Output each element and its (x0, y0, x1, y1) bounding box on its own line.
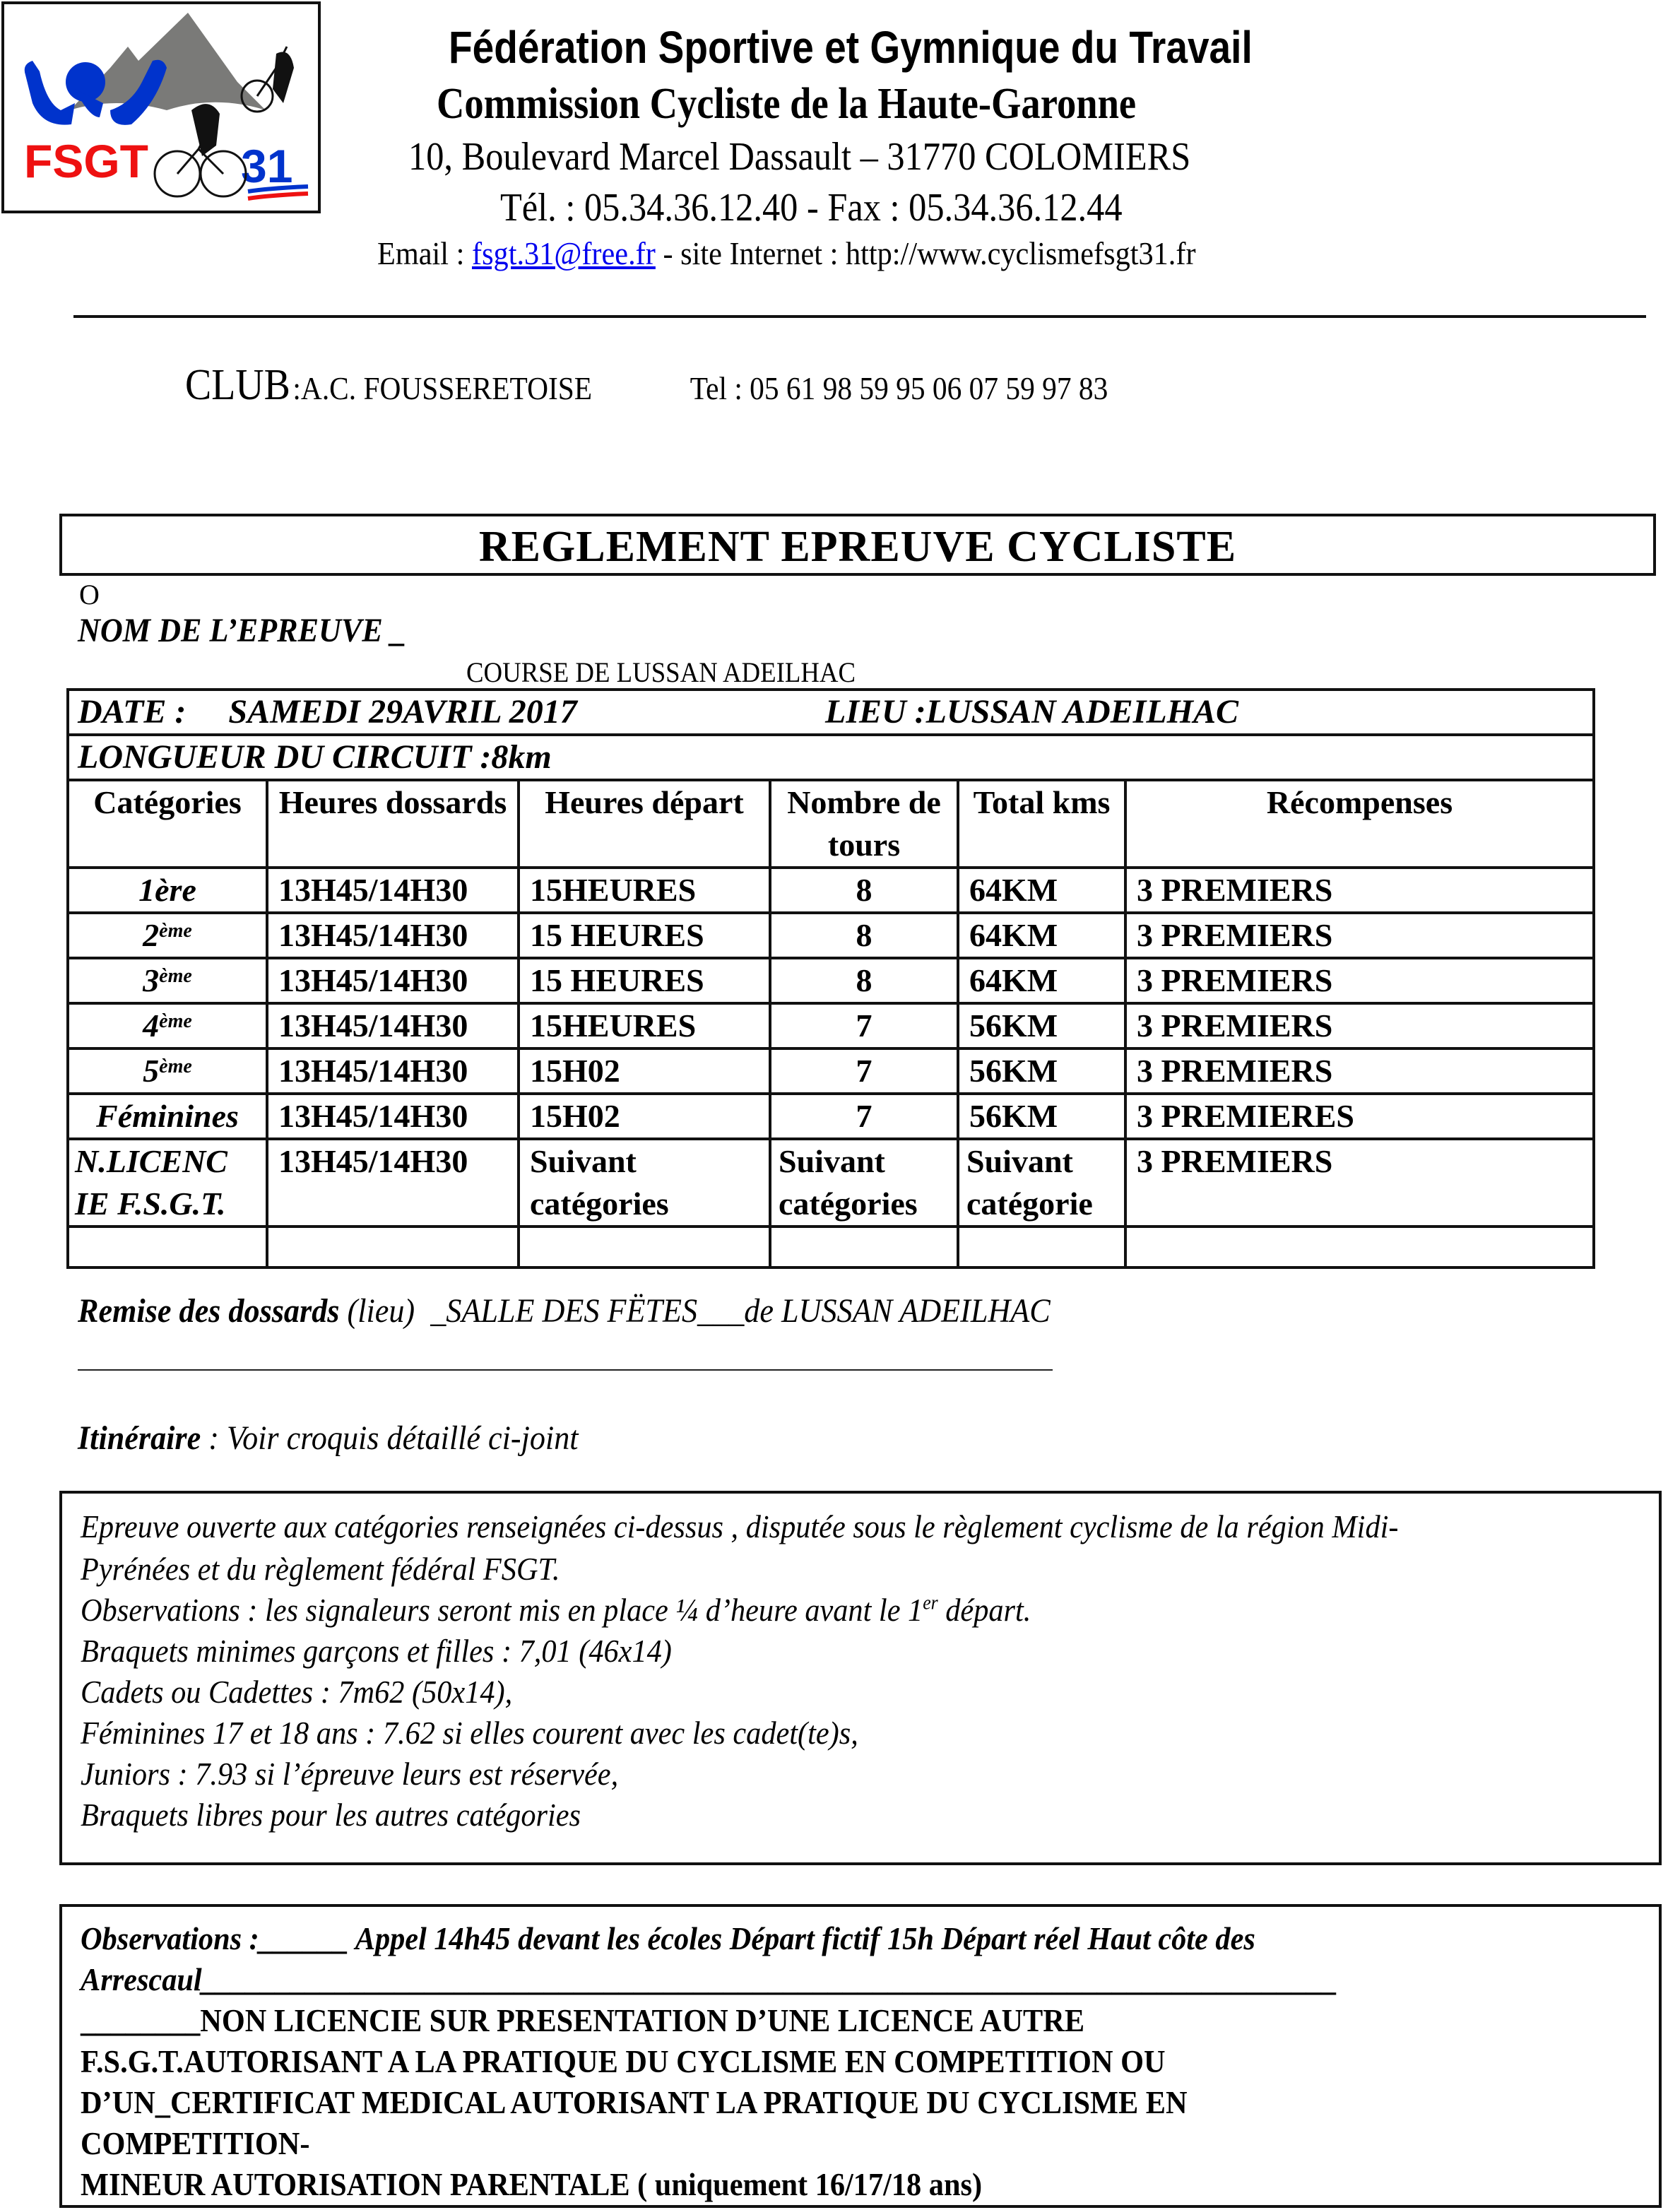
date-label: DATE : SAMEDI 29AVRIL 2017 (78, 693, 577, 731)
rules-line: Braquets libres pour les autres catégori… (81, 1796, 581, 1833)
federation-name: Fédération Sportive et Gymnique du Trava… (449, 21, 1253, 73)
bib-pickup: Remise des dossards (lieu) _SALLE DES FË… (78, 1292, 1051, 1330)
table-row: Féminines13H45/14H3015H02756KM3 PREMIERE… (68, 1094, 1594, 1139)
table-header: Catégories Heures dossards Heures départ… (68, 780, 1594, 868)
o-mark: O (79, 578, 100, 611)
dossards-cell: 13H45/14H30 (267, 958, 519, 1003)
kms-cell: 56KM (958, 1094, 1125, 1139)
observations-line: F.S.G.T.AUTORISANT A LA PRATIQUE DU CYCL… (81, 2043, 1166, 2080)
bib-pickup-label: Remise des dossards (78, 1292, 339, 1330)
observations-line: Observations :______ Appel 14h45 devant … (81, 1920, 1255, 1957)
observations-box: Observations :______ Appel 14h45 devant … (59, 1904, 1662, 2208)
category-cell: 1ère (68, 868, 267, 913)
club-line: CLUB :A.C. FOUSSERETOISE Tel : 05 61 98 … (185, 360, 1108, 410)
circuit-row: LONGUEUR DU CIRCUIT :8km (68, 735, 1594, 780)
email-label: Email : (377, 235, 472, 271)
kms-cell: Suivant catégorie (958, 1139, 1125, 1227)
commission-name: Commission Cycliste de la Haute-Garonne (437, 79, 1136, 129)
depart-cell: 15 HEURES (519, 958, 770, 1003)
col-header-heures-dossards: Heures dossards (267, 780, 519, 868)
dossards-cell: 13H45/14H30 (267, 1003, 519, 1048)
svg-text:31: 31 (241, 140, 292, 192)
observations-line: COMPETITION- (81, 2125, 309, 2162)
bib-pickup-location: (lieu) _SALLE DES FËTES___de LUSSAN ADEI… (339, 1292, 1050, 1330)
kms-cell: 56KM (958, 1048, 1125, 1094)
recompenses-cell: 3 PREMIERS (1125, 1048, 1594, 1094)
rules-line: Observations : les signaleurs seront mis… (81, 1591, 1031, 1629)
tours-cell: 7 (770, 1003, 958, 1048)
header-divider (73, 315, 1646, 318)
tours-cell: Suivant catégories (770, 1139, 958, 1227)
club-label: CLUB (185, 361, 290, 409)
table-row-empty (68, 1227, 1594, 1267)
category-cell: N.LICENC (75, 1140, 256, 1183)
title-box: REGLEMENT EPREUVE CYCLISTE (59, 514, 1656, 576)
observations-line: ________NON LICENCIE SUR PRESENTATION D’… (81, 2002, 1084, 2039)
category-cell: 4ème (68, 1003, 267, 1048)
rules-line: Epreuve ouverte aux catégories renseigné… (81, 1508, 1398, 1545)
table-row: N.LICENC IE F.S.G.T. 13H45/14H30 Suivant… (68, 1139, 1594, 1227)
col-header-nombre-tours: Nombre de tours (770, 780, 958, 868)
recompenses-cell: 3 PREMIERS (1125, 958, 1594, 1003)
rules-box: Epreuve ouverte aux catégories renseigné… (59, 1491, 1662, 1865)
depart-cell: 15HEURES (519, 868, 770, 913)
observations-line: D’UN_CERTIFICAT MEDICAL AUTORISANT LA PR… (81, 2084, 1188, 2121)
tours-cell: 8 (770, 868, 958, 913)
recompenses-cell: 3 PREMIERES (1125, 1094, 1594, 1139)
website-label: - site Internet : http://www.cyclismefsg… (656, 235, 1196, 271)
recompenses-cell: 3 PREMIERS (1125, 868, 1594, 913)
event-name: COURSE DE LUSSAN ADEILHAC (466, 656, 856, 689)
place-label: LIEU :LUSSAN ADEILHAC (825, 691, 1238, 733)
depart-cell: 15H02 (519, 1094, 770, 1139)
depart-cell: 15 HEURES (519, 913, 770, 958)
rules-line: Féminines 17 et 18 ans : 7.62 si elles c… (81, 1714, 858, 1751)
itinerary-label: Itinéraire (78, 1419, 201, 1457)
category-cell: 3ème (68, 958, 267, 1003)
depart-cell: 15HEURES (519, 1003, 770, 1048)
tours-cell: 8 (770, 958, 958, 1003)
kms-cell: 64KM (958, 913, 1125, 958)
table-row: 5ème13H45/14H3015H02756KM3 PREMIERS (68, 1048, 1594, 1094)
kms-cell: 56KM (958, 1003, 1125, 1048)
itinerary: Itinéraire : Voir croquis détaillé ci-jo… (78, 1419, 579, 1458)
rules-line: Pyrénées et du règlement fédéral FSGT. (81, 1550, 560, 1588)
table-row: 2ème13H45/14H3015 HEURES864KM3 PREMIERS (68, 913, 1594, 958)
kms-cell: 64KM (958, 958, 1125, 1003)
kms-cell: 64KM (958, 868, 1125, 913)
rules-line: Juniors : 7.93 si l’épreuve leurs est ré… (81, 1755, 618, 1792)
svg-text:FSGT: FSGT (24, 135, 148, 187)
event-name-label: NOM DE L’EPREUVE _ (78, 611, 406, 650)
club-name: :A.C. FOUSSERETOISE (292, 370, 592, 406)
page-title: REGLEMENT EPREUVE CYCLISTE (62, 522, 1653, 572)
category-cell: 5ème (68, 1048, 267, 1094)
table-row: 3ème13H45/14H3015 HEURES864KM3 PREMIERS (68, 958, 1594, 1003)
dossards-cell: 13H45/14H30 (267, 1048, 519, 1094)
category-cell: 2ème (68, 913, 267, 958)
tours-cell: 8 (770, 913, 958, 958)
blank-line (78, 1369, 1053, 1371)
address: 10, Boulevard Marcel Dassault – 31770 CO… (408, 134, 1190, 179)
rules-line: Cadets ou Cadettes : 7m62 (50x14), (81, 1673, 512, 1710)
contact-line: Email : fsgt.31@free.fr - site Internet … (377, 235, 1196, 272)
tours-cell: 7 (770, 1094, 958, 1139)
logo-graphic-icon: FSGT 31 (4, 4, 318, 211)
itinerary-value: : Voir croquis détaillé ci-joint (201, 1419, 578, 1457)
observations-line: MINEUR AUTORISATION PARENTALE ( uniqueme… (81, 2165, 982, 2203)
recompenses-cell: 3 PREMIERS (1125, 1003, 1594, 1048)
col-header-total-kms: Total kms (958, 780, 1125, 868)
rules-line: Braquets minimes garçons et filles : 7,0… (81, 1632, 672, 1670)
observations-line: Arrescaul_______________________________… (81, 1961, 1338, 1998)
depart-cell: Suivant catégories (519, 1139, 770, 1227)
depart-cell: 15H02 (519, 1048, 770, 1094)
table-row: 1ère13H45/14H3015HEURES864KM3 PREMIERS (68, 868, 1594, 913)
phone-fax: Tél. : 05.34.36.12.40 - Fax : 05.34.36.1… (500, 185, 1123, 230)
email-link[interactable]: fsgt.31@free.fr (472, 235, 656, 271)
col-header-categories: Catégories (68, 780, 267, 868)
dossards-cell: 13H45/14H30 (267, 1139, 519, 1227)
table-row: 4ème13H45/14H3015HEURES756KM3 PREMIERS (68, 1003, 1594, 1048)
circuit-length: LONGUEUR DU CIRCUIT :8km (68, 735, 1594, 780)
club-phone: Tel : 05 61 98 59 95 06 07 59 97 83 (690, 370, 1108, 406)
recompenses-cell: 3 PREMIERS (1125, 1139, 1594, 1227)
col-header-heures-depart: Heures départ (519, 780, 770, 868)
tours-cell: 7 (770, 1048, 958, 1094)
fsgt31-logo: FSGT 31 (1, 1, 321, 213)
date-row: DATE : SAMEDI 29AVRIL 2017 LIEU :LUSSAN … (68, 690, 1594, 735)
category-cell: Féminines (68, 1094, 267, 1139)
col-header-recompenses: Récompenses (1125, 780, 1594, 868)
recompenses-cell: 3 PREMIERS (1125, 913, 1594, 958)
dossards-cell: 13H45/14H30 (267, 868, 519, 913)
dossards-cell: 13H45/14H30 (267, 913, 519, 958)
dossards-cell: 13H45/14H30 (267, 1094, 519, 1139)
race-table: DATE : SAMEDI 29AVRIL 2017 LIEU :LUSSAN … (66, 688, 1595, 1269)
